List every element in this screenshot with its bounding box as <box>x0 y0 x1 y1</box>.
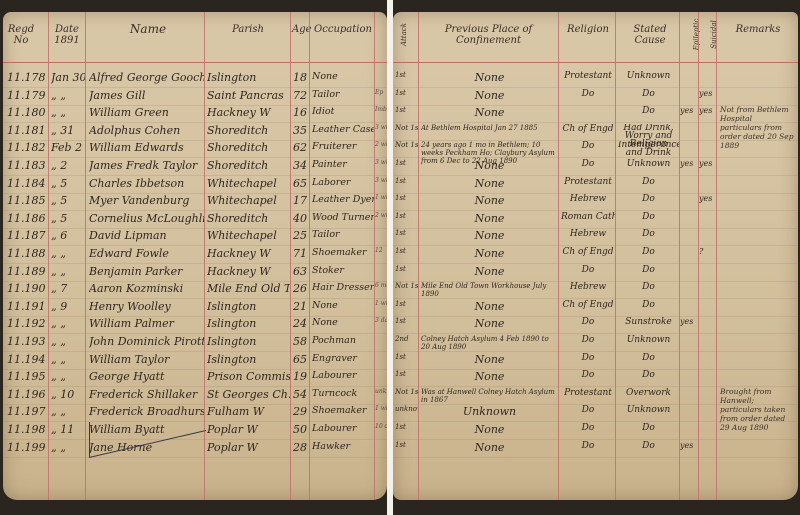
cell-parish: Whitechapel <box>207 177 290 190</box>
cell-occupation: Stoker <box>312 265 374 276</box>
cell-religion: Ch of Engd <box>561 300 615 310</box>
cell-occupation: Labourer <box>312 370 374 381</box>
table-row: 11.179„ „James GillSaint Pancras72Tailor… <box>3 88 387 106</box>
cell-margin-note: 1 wk <box>375 194 387 201</box>
cell-stated-cause: Sunstroke <box>618 317 679 327</box>
cell-occupation: Painter <box>312 159 374 170</box>
cell-attack: Not 1st <box>395 124 418 132</box>
cell-parish: Shoreditch <box>207 159 290 172</box>
cell-parish: Fulham W <box>207 405 290 418</box>
cell-religion: Do <box>561 317 615 327</box>
cell-previous-place: None <box>421 71 558 84</box>
cell-date: „ „ <box>51 335 85 348</box>
cell-religion: Protestant <box>561 71 615 81</box>
cell-name: Cornelius McLoughlin <box>89 212 204 225</box>
cell-attack: 1st <box>395 300 418 308</box>
cell-attack: Not 1st <box>395 141 418 149</box>
cell-stated-cause: Do <box>618 106 679 116</box>
table-row: 11.194„ „William TaylorIslington65Engrav… <box>3 352 387 370</box>
table-row: 1stNoneDoSunstrokeyes <box>393 316 798 334</box>
cell-suicidal: yes <box>699 89 716 98</box>
cell-parish: Poplar W <box>207 441 290 454</box>
cell-attack: Not 1st <box>395 282 418 290</box>
cell-epileptic: yes <box>680 106 698 115</box>
cell-name: John Dominick Pirotti <box>89 335 204 348</box>
cell-attack: 1st <box>395 212 418 220</box>
cell-age: 28 <box>293 441 309 454</box>
cell-name: William Taylor <box>89 353 204 366</box>
cell-name: Henry Woolley <box>89 300 204 313</box>
cell-epileptic: yes <box>680 159 698 168</box>
table-row: 11.185„ 5Myer VandenburgWhitechapel17Lea… <box>3 193 387 211</box>
cell-parish: Islington <box>207 335 290 348</box>
table-row: 11.190„ 7Aaron KozminskiMile End Old Tow… <box>3 281 387 299</box>
cell-date: „ „ <box>51 441 85 454</box>
cell-name: Frederick Shillaker <box>89 388 204 401</box>
cell-name: Adolphus Cohen <box>89 124 204 137</box>
table-row: 11.189„ „Benjamin ParkerHackney W63Stoke… <box>3 264 387 282</box>
cell-parish: Poplar W <box>207 423 290 436</box>
header-epileptic: Epileptic <box>681 28 699 40</box>
cell-age: 58 <box>293 335 309 348</box>
cell-date: „ „ <box>51 265 85 278</box>
cell-previous-place: None <box>421 423 558 436</box>
cell-previous-place: None <box>421 177 558 190</box>
cell-parish: Mile End Old Town <box>207 282 290 295</box>
cell-margin-note: 1 wk <box>375 405 387 412</box>
table-row: 1stNoneDoUnknownyesyes <box>393 158 798 176</box>
table-row: 1stNoneDoDo <box>393 369 798 387</box>
cell-previous-place: None <box>421 229 558 242</box>
table-row: 11.196„ 10Frederick ShillakerSt Georges … <box>3 387 387 405</box>
cell-date: „ „ <box>51 247 85 260</box>
cell-stated-cause: Do <box>618 89 679 99</box>
cell-previous-place: None <box>421 212 558 225</box>
cell-stated-cause: Do <box>618 370 679 380</box>
table-row: 11.180„ „William GreenHackney W16IdiotIm… <box>3 105 387 123</box>
cell-previous-place: None <box>421 265 558 278</box>
header-occupation: Occupation <box>313 24 373 35</box>
cell-regd-no: 11.185 <box>7 194 47 207</box>
cell-margin-note: 2 wks <box>375 212 387 219</box>
cell-stated-cause: Do <box>618 423 679 433</box>
table-row: 1stNoneCh of EngdDo <box>393 299 798 317</box>
cell-date: „ 31 <box>51 124 85 137</box>
cell-stated-cause: Unknown <box>618 405 679 415</box>
cell-regd-no: 11.197 <box>7 405 47 418</box>
cell-previous-place: None <box>421 106 558 119</box>
cell-religion: Do <box>561 159 615 169</box>
cell-attack: 1st <box>395 106 418 114</box>
cell-occupation: Tailor <box>312 229 374 240</box>
cell-stated-cause: Do <box>618 441 679 451</box>
cell-regd-no: 11.195 <box>7 370 47 383</box>
table-row: 11.187„ 6David LipmanWhitechapel25Tailor <box>3 228 387 246</box>
header-name: Name <box>93 24 203 35</box>
cell-date: „ „ <box>51 370 85 383</box>
header-regd-no: Regd No <box>7 24 35 46</box>
cell-name: Charles Ibbetson <box>89 177 204 190</box>
cell-suicidal: yes <box>699 159 716 168</box>
cell-date: Feb 2 <box>51 141 85 154</box>
cell-date: „ „ <box>51 317 85 330</box>
cell-occupation: Leather Dyer <box>312 194 374 205</box>
cell-previous-place: Colney Hatch Asylum 4 Feb 1890 to 20 Aug… <box>421 335 558 351</box>
cell-age: 18 <box>293 71 309 84</box>
table-row: 11.191„ 9Henry WoolleyIslington21None1 w… <box>3 299 387 317</box>
cell-attack: 1st <box>395 71 418 79</box>
cell-age: 62 <box>293 141 309 154</box>
cell-occupation: Wood Turner <box>312 212 374 223</box>
table-row: 11.182Feb 2William EdwardsShoreditch62Fr… <box>3 140 387 158</box>
cell-date: „ 2 <box>51 159 85 172</box>
cell-name: William Palmer <box>89 317 204 330</box>
cell-date: „ 6 <box>51 229 85 242</box>
table-row: 1stNoneHebrewDoyes <box>393 193 798 211</box>
cell-parish: Saint Pancras <box>207 89 290 102</box>
cell-parish: Islington <box>207 317 290 330</box>
table-row: 1stNoneProtestantUnknown <box>393 70 798 88</box>
cell-parish: Hackney W <box>207 265 290 278</box>
cell-epileptic: yes <box>680 441 698 450</box>
cell-parish: Shoreditch <box>207 212 290 225</box>
cell-occupation: Turncock <box>312 388 374 399</box>
table-row: 1stNoneDoDoyes <box>393 440 798 458</box>
cell-name: Myer Vandenburg <box>89 194 204 207</box>
cell-regd-no: 11.186 <box>7 212 47 225</box>
cell-margin-note: 12 <box>375 247 387 254</box>
cell-stated-cause: Do <box>618 353 679 363</box>
cell-age: 24 <box>293 317 309 330</box>
cell-attack: 1st <box>395 353 418 361</box>
right-header-row: Attack Previous Place of Confinement Rel… <box>393 12 798 63</box>
cell-attack: unknown <box>395 405 418 413</box>
cell-religion: Hebrew <box>561 282 615 292</box>
cell-stated-cause: Unknown <box>618 335 679 345</box>
table-row: 11.197„ „Frederick BroadhurstFulham W29S… <box>3 404 387 422</box>
remark-note: Brought from Hanwell; particulars taken … <box>720 387 795 432</box>
cell-regd-no: 11.189 <box>7 265 47 278</box>
cell-age: 19 <box>293 370 309 383</box>
cell-stated-cause: Do <box>618 212 679 222</box>
cell-epileptic: yes <box>680 317 698 326</box>
cell-name: David Lipman <box>89 229 204 242</box>
table-row: 2ndColney Hatch Asylum 4 Feb 1890 to 20 … <box>393 334 798 352</box>
cell-date: Jan 30 <box>51 71 85 84</box>
cell-previous-place: Was at Hanwell Colney Hatch Asylum in 18… <box>421 388 558 404</box>
cell-margin-note: 3 days <box>375 317 387 324</box>
cell-previous-place: None <box>421 353 558 366</box>
table-row: 11.184„ 5Charles IbbetsonWhitechapel65La… <box>3 176 387 194</box>
cell-attack: 1st <box>395 317 418 325</box>
cell-stated-cause: Do <box>618 265 679 275</box>
cell-margin-note: 6 mo <box>375 282 387 289</box>
table-row: 11.178Jan 30Alfred George GoochIslington… <box>3 70 387 88</box>
cell-regd-no: 11.196 <box>7 388 47 401</box>
cell-date: „ „ <box>51 405 85 418</box>
cell-previous-place: None <box>421 159 558 172</box>
table-row: 1stNoneProtestantDo <box>393 176 798 194</box>
table-row: 11.193„ „John Dominick PirottiIslington5… <box>3 334 387 352</box>
cell-date: „ „ <box>51 353 85 366</box>
cell-previous-place: None <box>421 441 558 454</box>
cell-parish: Whitechapel <box>207 229 290 242</box>
cell-age: 25 <box>293 229 309 242</box>
cell-name: Alfred George Gooch <box>89 71 204 84</box>
cell-attack: 2nd <box>395 335 418 343</box>
table-row: 11.183„ 2James Fredk TaylorShoreditch34P… <box>3 158 387 176</box>
cell-occupation: Labourer <box>312 423 374 434</box>
cell-occupation: None <box>312 71 374 82</box>
header-attack: Attack <box>393 28 415 40</box>
cell-regd-no: 11.180 <box>7 106 47 119</box>
table-row: 11.186„ 5Cornelius McLoughlinShoreditch4… <box>3 211 387 229</box>
table-row: 1stNoneRoman CatholicDo <box>393 211 798 229</box>
cell-attack: 1st <box>395 247 418 255</box>
cell-margin-note: 2 wks <box>375 141 387 148</box>
cell-margin-note: Imb <box>375 106 387 113</box>
cell-regd-no: 11.183 <box>7 159 47 172</box>
cell-occupation: Hawker <box>312 441 374 452</box>
cell-religion: Ch of Engd <box>561 124 615 134</box>
cell-occupation: Fruiterer <box>312 141 374 152</box>
cell-previous-place: None <box>421 89 558 102</box>
remark-note: Not from Bethlem Hospital particulars fr… <box>720 105 795 150</box>
cell-age: 63 <box>293 265 309 278</box>
cell-occupation: Shoemaker <box>312 247 374 258</box>
header-remarks: Remarks <box>723 24 793 35</box>
cell-occupation: Engraver <box>312 353 374 364</box>
cell-regd-no: 11.181 <box>7 124 47 137</box>
cell-date: „ „ <box>51 106 85 119</box>
cell-date: „ 11 <box>51 423 85 436</box>
cell-regd-no: 11.187 <box>7 229 47 242</box>
table-row: 11.195„ „George HyattPrison Commissioner… <box>3 369 387 387</box>
cell-religion: Do <box>561 265 615 275</box>
cell-age: 26 <box>293 282 309 295</box>
cell-parish: St Georges Ch. <box>207 388 290 401</box>
cell-stated-cause: Unknown <box>618 71 679 81</box>
cell-regd-no: 11.192 <box>7 317 47 330</box>
cell-regd-no: 11.178 <box>7 71 47 84</box>
left-header-row: Regd No Date 1891 Name Parish Age Occupa… <box>3 12 387 63</box>
cell-age: 17 <box>293 194 309 207</box>
cell-stated-cause: Do <box>618 194 679 204</box>
header-previous-place: Previous Place of Confinement <box>421 24 556 46</box>
header-stated-cause: Stated Cause <box>618 24 682 46</box>
table-row: 11.181„ 31Adolphus CohenShoreditch35Leat… <box>3 123 387 141</box>
cell-parish: Shoreditch <box>207 141 290 154</box>
table-row: 1stNoneDoDoyes <box>393 88 798 106</box>
table-row: 11.198„ 11William ByattPoplar W50Laboure… <box>3 422 387 440</box>
cell-previous-place: None <box>421 194 558 207</box>
cell-attack: 1st <box>395 89 418 97</box>
cell-parish: Islington <box>207 300 290 313</box>
cell-margin-note: unknown <box>375 388 387 395</box>
cell-name: James Gill <box>89 89 204 102</box>
cell-date: „ 10 <box>51 388 85 401</box>
cell-previous-place: Mile End Old Town Workhouse July 1890 <box>421 282 558 298</box>
cell-stated-cause: Do <box>618 229 679 239</box>
cell-suicidal: yes <box>699 194 716 203</box>
cell-name: George Hyatt <box>89 370 204 383</box>
cell-regd-no: 11.190 <box>7 282 47 295</box>
cell-regd-no: 11.194 <box>7 353 47 366</box>
cell-regd-no: 11.182 <box>7 141 47 154</box>
cell-regd-no: 11.184 <box>7 177 47 190</box>
cell-occupation: None <box>312 300 374 311</box>
cell-age: 16 <box>293 106 309 119</box>
cell-religion: Protestant <box>561 177 615 187</box>
cell-parish: Whitechapel <box>207 194 290 207</box>
cell-margin-note: 3 wks <box>375 159 387 166</box>
cell-stated-cause: Do <box>618 177 679 187</box>
cell-parish: Prison Commissioners <box>207 370 290 383</box>
cell-attack: 1st <box>395 194 418 202</box>
cell-occupation: Idiot <box>312 106 374 117</box>
cell-attack: 1st <box>395 265 418 273</box>
cell-name: William Edwards <box>89 141 204 154</box>
cell-date: „ 5 <box>51 194 85 207</box>
cell-religion: Do <box>561 423 615 433</box>
cell-margin-note: 10 d <box>375 423 387 430</box>
header-age: Age <box>292 24 310 35</box>
cell-previous-place: None <box>421 370 558 383</box>
cell-regd-no: 11.188 <box>7 247 47 260</box>
table-row: 11.192„ „William PalmerIslington24None3 … <box>3 316 387 334</box>
cell-suicidal: ? <box>699 247 716 256</box>
cell-age: 35 <box>293 124 309 137</box>
cell-name: James Fredk Taylor <box>89 159 204 172</box>
cell-margin-note: 3 wks <box>375 177 387 184</box>
cell-attack: Not 1st <box>395 388 418 396</box>
table-row: 1stNoneDoDo <box>393 352 798 370</box>
cell-stated-cause: Intemperance and Drink <box>618 141 679 157</box>
cell-regd-no: 11.191 <box>7 300 47 313</box>
table-row: 11.199„ „Jane HornePoplar W28Hawker <box>3 440 387 458</box>
cell-previous-place: None <box>421 317 558 330</box>
cell-attack: 1st <box>395 177 418 185</box>
cell-religion: Do <box>561 370 615 380</box>
cell-attack: 1st <box>395 370 418 378</box>
cell-age: 50 <box>293 423 309 436</box>
cell-date: „ 9 <box>51 300 85 313</box>
cell-religion: Hebrew <box>561 229 615 239</box>
cell-occupation: Pochman <box>312 335 374 346</box>
cell-stated-cause: Do <box>618 247 679 257</box>
cell-regd-no: 11.199 <box>7 441 47 454</box>
table-row: Not 1stMile End Old Town Workhouse July … <box>393 281 798 299</box>
cell-date: „ 5 <box>51 177 85 190</box>
cell-age: 54 <box>293 388 309 401</box>
cell-parish: Hackney W <box>207 247 290 260</box>
ledger-right-page: Attack Previous Place of Confinement Rel… <box>393 12 798 500</box>
header-religion: Religion <box>561 24 615 35</box>
cell-religion: Do <box>561 405 615 415</box>
cell-religion: Ch of Engd <box>561 247 615 257</box>
cell-stated-cause: Unknown <box>618 159 679 169</box>
cell-margin-note: 1 wk <box>375 300 387 307</box>
cell-regd-no: 11.179 <box>7 89 47 102</box>
cell-name: Edward Fowle <box>89 247 204 260</box>
cell-religion: Do <box>561 89 615 99</box>
cell-age: 65 <box>293 177 309 190</box>
cell-age: 29 <box>293 405 309 418</box>
cell-date: „ „ <box>51 89 85 102</box>
cell-age: 71 <box>293 247 309 260</box>
cell-attack: 1st <box>395 159 418 167</box>
cell-name: Aaron Kozminski <box>89 282 204 295</box>
cell-religion: Do <box>561 335 615 345</box>
cell-religion: Hebrew <box>561 194 615 204</box>
cell-date: „ 7 <box>51 282 85 295</box>
cell-previous-place: None <box>421 300 558 313</box>
cell-name: Frederick Broadhurst <box>89 405 204 418</box>
ledger-left-page: Regd No Date 1891 Name Parish Age Occupa… <box>3 12 387 500</box>
cell-age: 21 <box>293 300 309 313</box>
cell-occupation: None <box>312 317 374 328</box>
cell-religion: Do <box>561 353 615 363</box>
cell-previous-place: None <box>421 247 558 260</box>
cell-occupation: Laborer <box>312 177 374 188</box>
cell-stated-cause: Do <box>618 300 679 310</box>
cell-occupation: Hair Dresser <box>312 282 374 293</box>
cell-margin-note: 3 wks <box>375 124 387 131</box>
cell-occupation: Shoemaker <box>312 405 374 416</box>
cell-age: 65 <box>293 353 309 366</box>
cell-parish: Islington <box>207 353 290 366</box>
cell-suicidal: yes <box>699 106 716 115</box>
table-row: 1stNoneCh of EngdDo? <box>393 246 798 264</box>
cell-regd-no: 11.193 <box>7 335 47 348</box>
cell-date: „ 5 <box>51 212 85 225</box>
cell-religion: Roman Catholic <box>561 212 615 222</box>
cell-age: 72 <box>293 89 309 102</box>
cell-name: Benjamin Parker <box>89 265 204 278</box>
cell-attack: 1st <box>395 441 418 449</box>
cell-parish: Shoreditch <box>207 124 290 137</box>
cell-margin-note: Ep <box>375 89 387 96</box>
cell-occupation: Leather Case Maker <box>312 124 374 135</box>
cell-religion: Do <box>561 441 615 451</box>
cell-previous-place: Unknown <box>421 405 558 418</box>
cell-attack: 1st <box>395 229 418 237</box>
header-parish: Parish <box>208 24 288 35</box>
cell-stated-cause: Do <box>618 282 679 292</box>
cell-parish: Hackney W <box>207 106 290 119</box>
header-date: Date 1891 <box>51 24 83 46</box>
cell-previous-place: At Bethlem Hospital Jan 27 1885 <box>421 124 558 132</box>
table-row: 1stNoneDoDo <box>393 264 798 282</box>
cell-occupation: Tailor <box>312 89 374 100</box>
cell-religion: Do <box>561 141 615 151</box>
cell-parish: Islington <box>207 71 290 84</box>
cell-age: 40 <box>293 212 309 225</box>
cell-attack: 1st <box>395 423 418 431</box>
table-row: 11.188„ „Edward FowleHackney W71Shoemake… <box>3 246 387 264</box>
cell-age: 34 <box>293 159 309 172</box>
cell-religion: Protestant <box>561 388 615 398</box>
cell-regd-no: 11.198 <box>7 423 47 436</box>
cell-stated-cause: Overwork <box>618 388 679 398</box>
table-row: 1stNoneHebrewDo <box>393 228 798 246</box>
cell-name: William Green <box>89 106 204 119</box>
